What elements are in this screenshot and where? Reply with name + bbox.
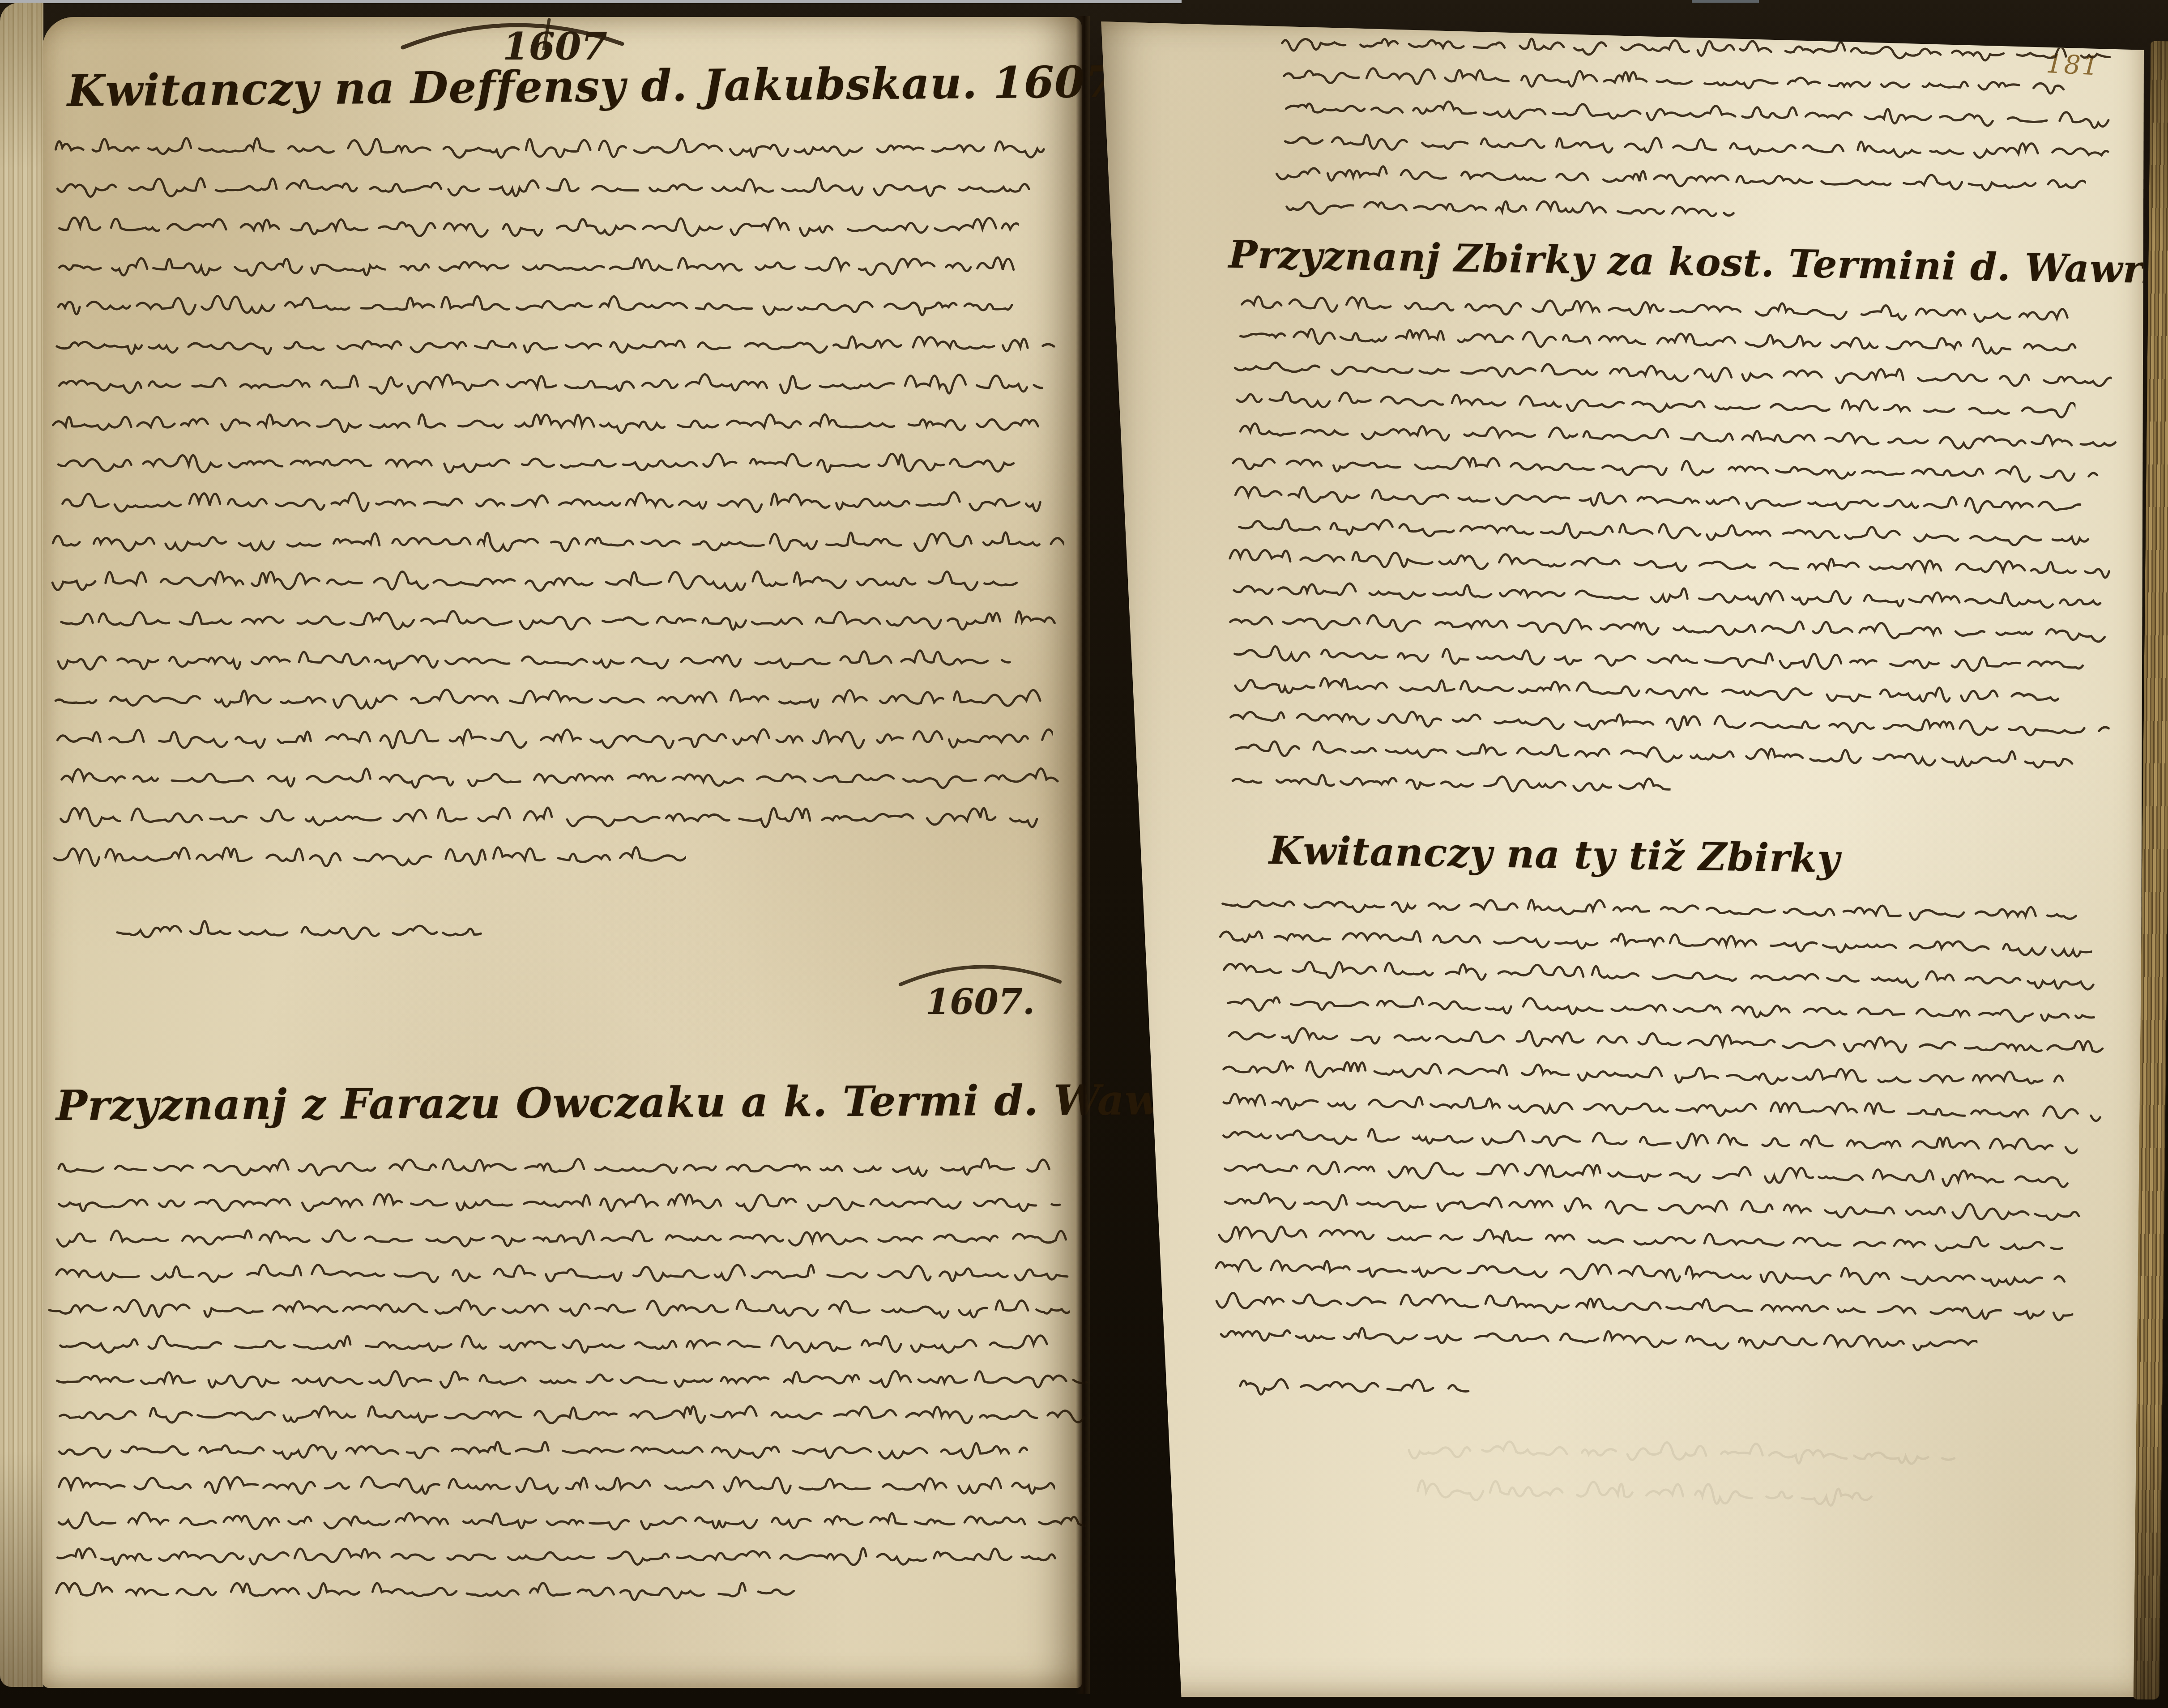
scanner-background-strip-right — [1692, 0, 1759, 3]
handwritten-paragraph — [51, 127, 1075, 875]
handwritten-text-line — [51, 599, 1075, 639]
handwritten-text-line — [51, 245, 1075, 284]
handwritten-paragraph — [1212, 884, 2119, 1361]
handwritten-text-line — [48, 1148, 1091, 1184]
handwritten-text-line — [48, 1466, 1091, 1502]
left-page: 1607 Kwitanczy na Deffensy d. Jakubskau.… — [43, 17, 1082, 1688]
handwritten-closing-line — [110, 907, 504, 950]
handwritten-text-line — [51, 324, 1075, 363]
handwritten-text-line — [48, 1502, 1091, 1537]
handwritten-text-line — [48, 1290, 1091, 1325]
handwritten-text-line — [48, 1396, 1091, 1431]
handwritten-text-line — [51, 757, 1075, 796]
handwritten-text-line — [51, 639, 1075, 678]
handwritten-text-line — [1407, 1467, 1989, 1517]
handwritten-paragraph — [1225, 286, 2123, 807]
handwritten-text-line — [51, 127, 1075, 166]
handwritten-text-line — [48, 1219, 1091, 1254]
handwritten-text-line — [51, 363, 1075, 402]
section-heading-declaration: Przyznanj z Farazu Owczaku a k. Termi d.… — [56, 1076, 1099, 1130]
section-heading-receipt-collections: Kwitanczy na ty tiž Zbirky — [1269, 828, 1967, 883]
right-page: 181 Przyznanj Zbirky za kost. Termini d.… — [1088, 21, 2144, 1697]
right-page-content: 181 Przyznanj Zbirky za kost. Termini d.… — [1064, 21, 2144, 1708]
section-heading-collections: Przyznanj Zbirky za kost. Termini d. Waw… — [1228, 232, 2133, 292]
handwritten-text-line — [51, 481, 1075, 520]
handwritten-text-line — [48, 1431, 1091, 1466]
handwritten-text-line — [51, 560, 1075, 599]
section-heading-receipts: Kwitanczy na Deffensy d. Jakubskau. 1607 — [67, 56, 1088, 116]
handwritten-text-line — [48, 1360, 1091, 1396]
book-gutter-fold — [1076, 16, 1090, 1694]
handwritten-text-line — [51, 284, 1075, 324]
handwritten-text-line — [1238, 1364, 1498, 1406]
handwritten-text-line — [51, 520, 1075, 560]
handwritten-continuation — [1274, 24, 2122, 233]
handwritten-text-line — [51, 166, 1075, 205]
handwritten-text-line — [110, 907, 504, 950]
handwritten-text-line — [48, 1537, 1091, 1572]
ink-bleed-through — [1407, 1426, 1990, 1517]
scanner-background-strip — [0, 0, 1182, 3]
handwritten-text-line — [48, 1254, 1091, 1290]
manuscript-book-spread: 1607 Kwitanczy na Deffensy d. Jakubskau.… — [0, 0, 2168, 1708]
handwritten-closing-line — [1238, 1364, 1498, 1406]
left-page-edge-stack — [0, 3, 43, 1687]
handwritten-text-line — [51, 678, 1075, 717]
handwritten-text-line — [48, 1184, 1091, 1219]
handwritten-text-line — [51, 442, 1075, 481]
handwritten-text-line — [51, 796, 1075, 835]
year-date-mid: 1607. — [886, 982, 1074, 1022]
handwritten-text-line — [48, 1325, 1091, 1360]
handwritten-paragraph — [48, 1148, 1091, 1608]
handwritten-text-line — [48, 1572, 1091, 1608]
handwritten-text-line — [51, 835, 1075, 875]
handwritten-text-line — [51, 205, 1075, 245]
handwritten-text-line — [51, 717, 1075, 757]
handwritten-text-line — [51, 402, 1075, 442]
